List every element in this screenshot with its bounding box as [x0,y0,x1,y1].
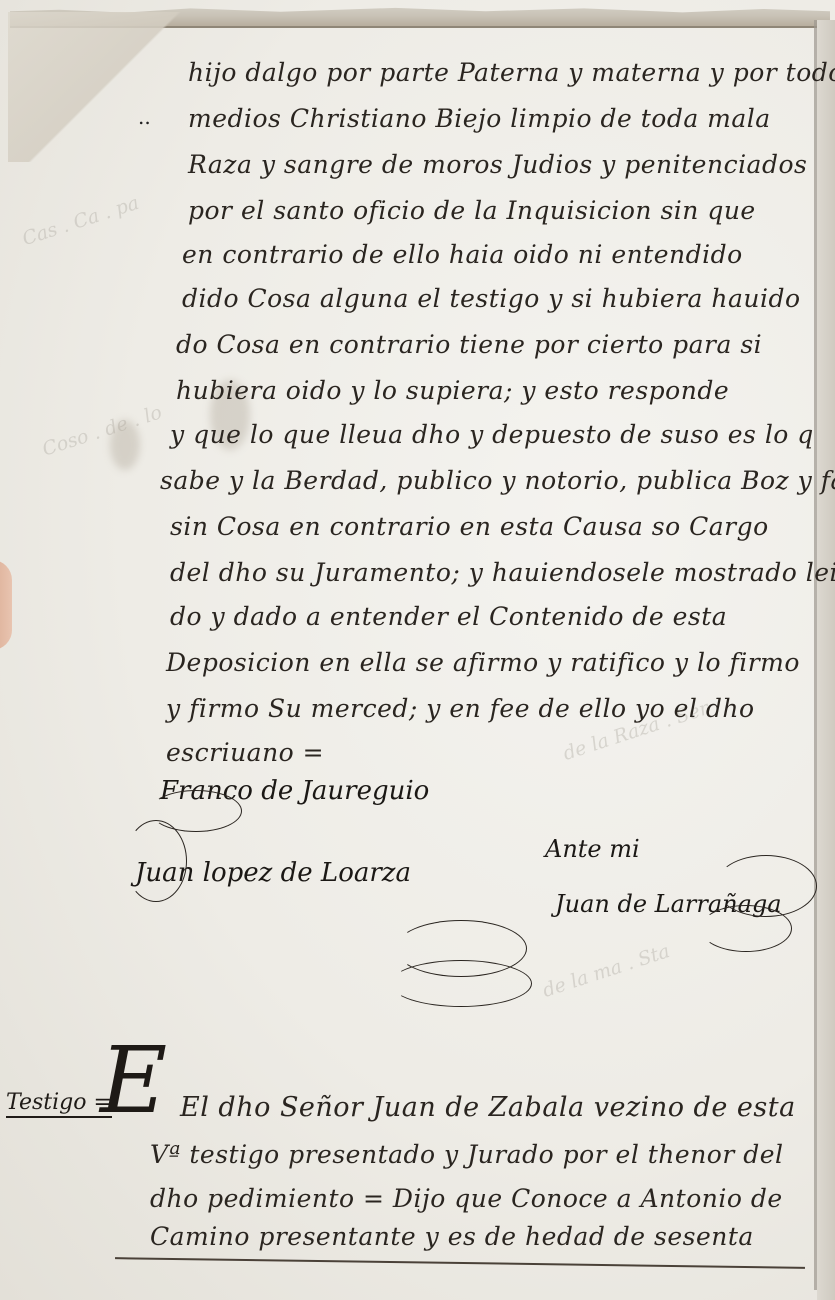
bleed-through-text: de la ma . Sta [540,940,673,1002]
text-line: por el santo oficio de la Inquisicion si… [188,196,756,225]
signature-flourish [125,820,187,902]
text-line: en contrario de ello haia oido ni entend… [182,240,743,269]
text-line: del dho su Juramento; y hauiendosele mos… [170,558,835,587]
witness-line: El dho Señor Juan de Zabala vezino de es… [180,1092,796,1123]
text-line: do y dado a entender el Contenido de est… [170,602,727,631]
folded-corner [8,12,198,162]
notary-ante-mi: Ante mi [545,835,640,863]
witness-line: dho pedimiento = Dijo que Conoce a Anton… [150,1184,783,1213]
witness-line: Vª testigo presentado y Jurado por el th… [150,1140,784,1169]
notary-flourish [700,905,792,952]
bleed-through-text: Cas . Ca . pa [20,192,142,250]
text-line: hijo dalgo por parte Paterna y materna y… [188,58,835,87]
manuscript-page: Cas . Ca . pa Coso . de . lo de la Raza … [0,0,835,1300]
text-line: y que lo que lleua dho y depuesto de sus… [170,420,814,449]
witness-margin-label: Testigo = [6,1090,112,1118]
text-line: escriuano = [166,738,324,767]
ink-stain [110,420,140,470]
text-line: do Cosa en contrario tiene por cierto pa… [176,330,762,359]
bleed-through-text: Coso . de . lo [40,401,165,460]
witness-line: Camino presentante y es de hedad de sese… [150,1222,754,1251]
signature-flourish [390,960,532,1007]
text-line: Raza y sangre de moros Judios y penitenc… [188,150,807,179]
holder-finger [0,560,12,650]
text-line: hubiera oido y lo supiera; y esto respon… [176,376,729,405]
margin-dots: .. [138,105,151,129]
text-line: Deposicion en ella se afirmo y ratifico … [166,648,800,677]
text-line: dido Cosa alguna el testigo y si hubiera… [182,284,801,313]
text-line: sabe y la Berdad, publico y notorio, pub… [160,466,835,495]
bottom-rule [115,1257,805,1269]
decorative-capital: E [100,1035,167,1127]
text-line: medios Christiano Biejo limpio de toda m… [188,104,771,133]
adjacent-page-edge [817,20,835,1300]
page-gutter-line [814,20,817,1290]
text-line: y firmo Su merced; y en fee de ello yo e… [166,694,755,723]
text-line: sin Cosa en contrario en esta Causa so C… [170,512,769,541]
